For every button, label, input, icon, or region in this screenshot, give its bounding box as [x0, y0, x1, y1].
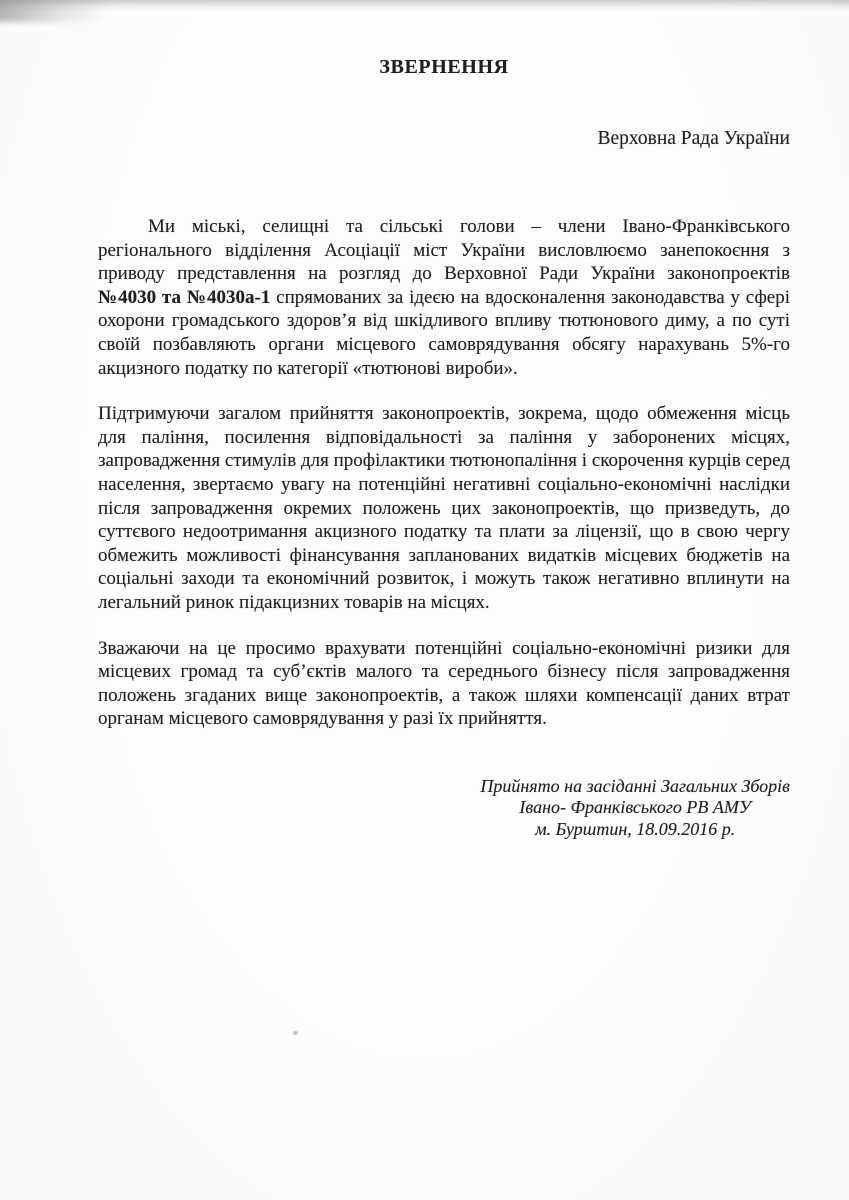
addressee-line: Верховна Рада України	[98, 127, 790, 151]
paragraph-3: Зважаючи на це просимо врахувати потенці…	[98, 637, 790, 731]
signature-line-3: м. Бурштин, 18.09.2016 р.	[480, 819, 790, 841]
signature-line-2: Івано- Франківського РВ АМУ	[480, 797, 790, 819]
document-body: ЗВЕРНЕННЯ Верховна Рада України Ми міськ…	[98, 0, 790, 1200]
paragraph-1-bill-numbers: №4030 та №4030а-1	[98, 287, 270, 308]
paragraph-1: Ми міські, селищні та сільські голови – …	[98, 215, 790, 380]
scanned-document-page: ЗВЕРНЕННЯ Верховна Рада України Ми міськ…	[0, 0, 849, 1200]
signature-block: Прийнято на засіданні Загальних Зборів І…	[480, 776, 790, 841]
paragraph-2: Підтримуючи загалом прийняття законопрое…	[98, 402, 790, 614]
signature-line-1: Прийнято на засіданні Загальних Зборів	[480, 776, 790, 798]
document-title: ЗВЕРНЕННЯ	[98, 55, 790, 79]
paragraph-1-text-before: Ми міські, селищні та сільські голови – …	[98, 216, 790, 284]
